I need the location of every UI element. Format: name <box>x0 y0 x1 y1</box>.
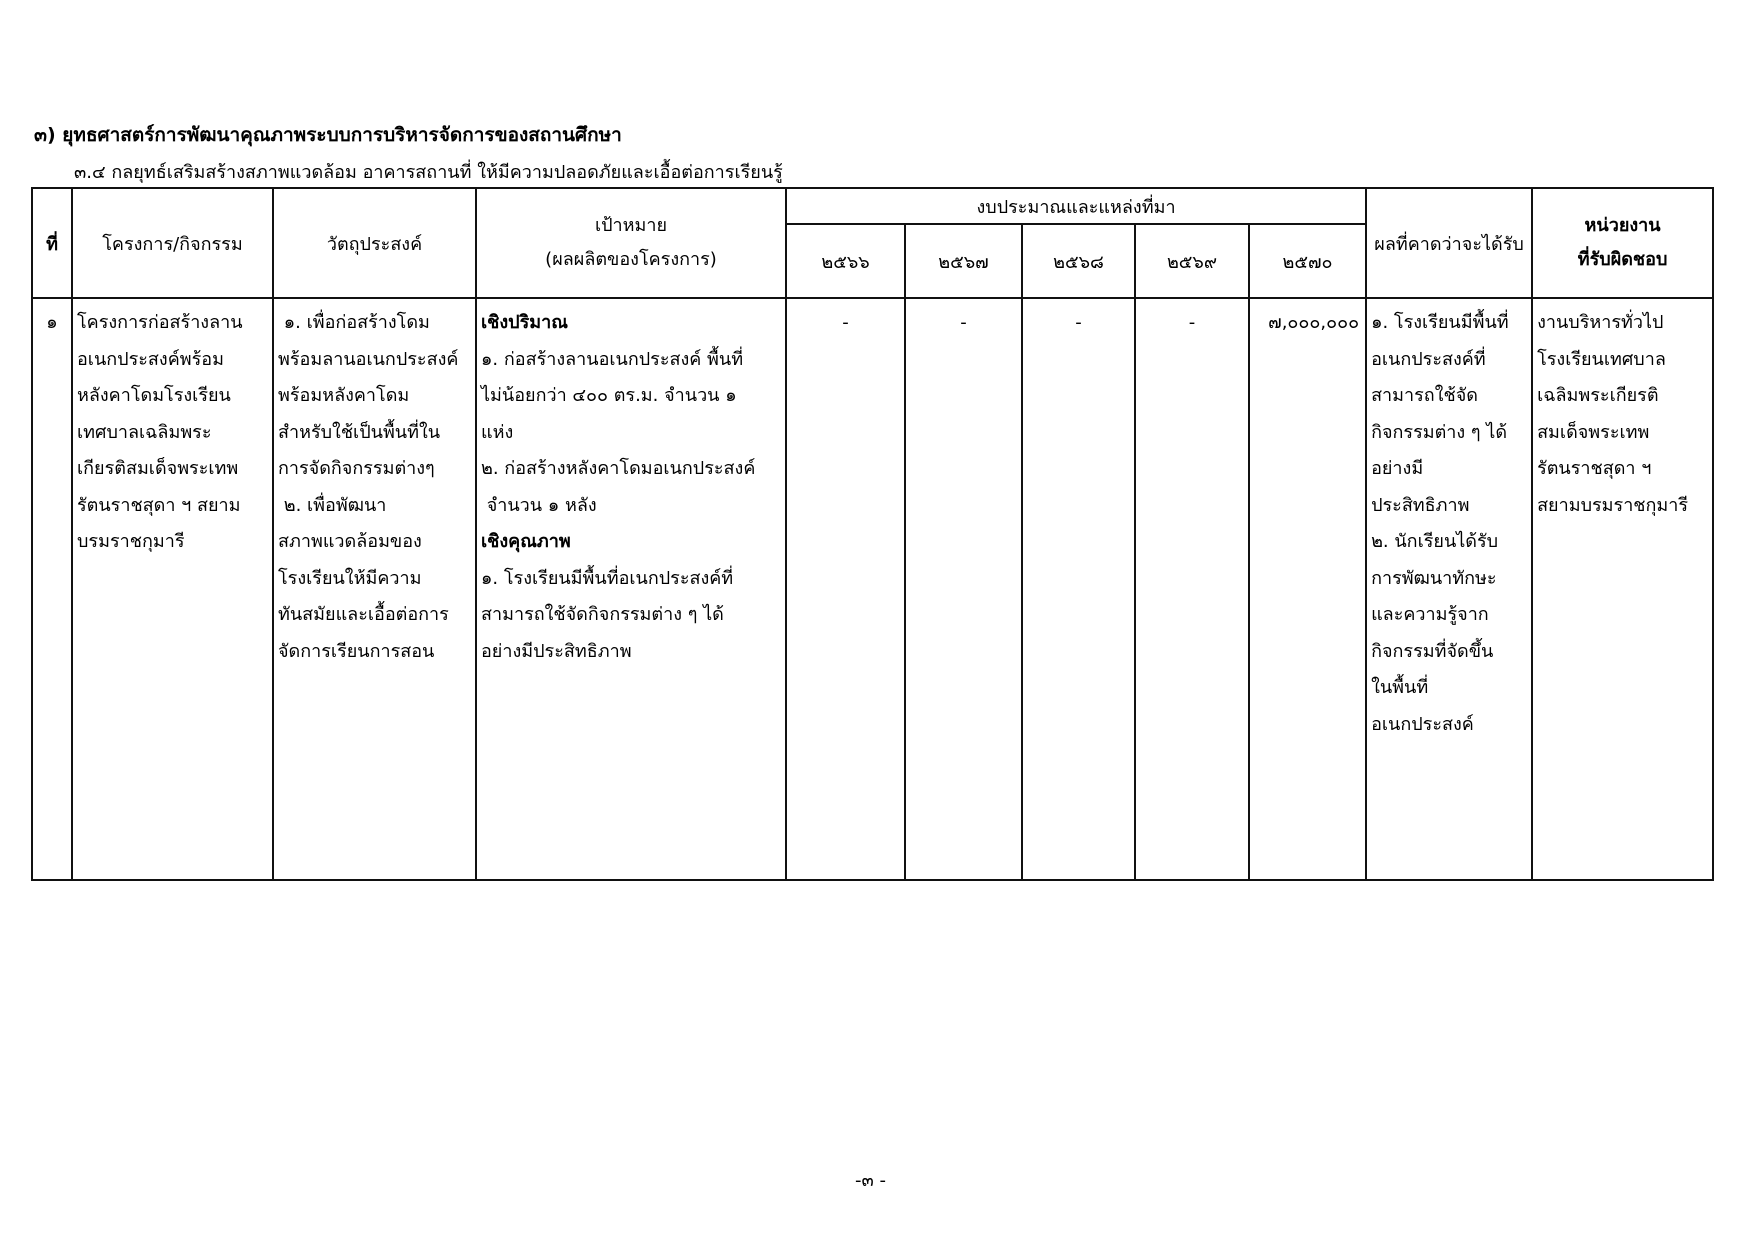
target-cell-line: ๑. โรงเรียนมีพื้นที่อเนกประสงค์ที่ <box>481 561 781 598</box>
expected-result-cell-line: กิจกรรมที่จัดขึ้น <box>1371 634 1527 671</box>
project-cell-line: บรมราชกุมารี <box>77 524 268 561</box>
project-cell-line: โครงการก่อสร้างลาน <box>77 305 268 342</box>
target-cell-line: เชิงคุณภาพ <box>481 524 781 561</box>
project-cell: โครงการก่อสร้างลานอเนกประสงค์พร้อมหลังคา… <box>72 298 273 880</box>
header-target-line2: (ผลผลิตของโครงการ) <box>477 243 785 277</box>
target-cell-line: ไม่น้อยกว่า ๔๐๐ ตร.ม. จำนวน ๑ <box>481 378 781 415</box>
target-cell-line: เชิงปริมาณ <box>481 305 781 342</box>
project-cell-line: รัตนราชสุดา ฯ สยาม <box>77 488 268 525</box>
objective-cell-line: โรงเรียนให้มีความ <box>278 561 471 598</box>
header-year: ๒๕๖๙ <box>1135 224 1249 298</box>
sub-strategy-heading: ๓.๔ กลยุทธ์เสริมสร้างสภาพแวดล้อม อาคารสถ… <box>74 157 783 186</box>
objective-cell-line: สำหรับใช้เป็นพื้นที่ใน <box>278 415 471 452</box>
objective-cell-line: ๒. เพื่อพัฒนา <box>278 488 471 525</box>
header-project: โครงการ/กิจกรรม <box>72 188 273 298</box>
objective-cell-line: ทันสมัยและเอื้อต่อการ <box>278 597 471 634</box>
expected-result-cell-line: ประสิทธิภาพ <box>1371 488 1527 525</box>
objective-cell-line: สภาพแวดล้อมของ <box>278 524 471 561</box>
expected-result-cell: ๑. โรงเรียนมีพื้นที่อเนกประสงค์ที่สามารถ… <box>1366 298 1532 880</box>
table-row: ๑โครงการก่อสร้างลานอเนกประสงค์พร้อมหลังค… <box>32 298 1713 880</box>
objective-cell-line: พร้อมลานอเนกประสงค์ <box>278 342 471 379</box>
responsible-cell-line: โรงเรียนเทศบาล <box>1537 342 1708 379</box>
expected-result-cell-line: อย่างมี <box>1371 451 1527 488</box>
header-no: ที่ <box>32 188 72 298</box>
expected-result-cell-line: และความรู้จาก <box>1371 597 1527 634</box>
responsible-cell-line: สมเด็จพระเทพ <box>1537 415 1708 452</box>
target-cell-line: แห่ง <box>481 415 781 452</box>
budget-cell: - <box>1135 298 1249 880</box>
header-year: ๒๕๖๘ <box>1022 224 1135 298</box>
header-responsible-line2: ที่รับผิดชอบ <box>1533 243 1712 277</box>
header-target-line1: เป้าหมาย <box>477 209 785 243</box>
responsible-cell-line: รัตนราชสุดา ฯ <box>1537 451 1708 488</box>
expected-result-cell-line: ในพื้นที่ <box>1371 670 1527 707</box>
objective-cell-line: ๑. เพื่อก่อสร้างโดม <box>278 305 471 342</box>
expected-result-cell-line: ๑. โรงเรียนมีพื้นที่ <box>1371 305 1527 342</box>
header-objective: วัตถุประสงค์ <box>273 188 476 298</box>
expected-result-cell-line: อเนกประสงค์ <box>1371 707 1527 744</box>
project-cell-line: อเนกประสงค์พร้อม <box>77 342 268 379</box>
strategy-heading: ๓) ยุทธศาสตร์การพัฒนาคุณภาพระบบการบริหาร… <box>34 120 622 150</box>
target-cell-line: ๑. ก่อสร้างลานอเนกประสงค์ พื้นที่ <box>481 342 781 379</box>
header-year: ๒๕๖๖ <box>786 224 905 298</box>
row-number: ๑ <box>32 298 72 880</box>
target-cell-line: จำนวน ๑ หลัง <box>481 488 781 525</box>
objective-cell-line: การจัดกิจกรรมต่างๆ <box>278 451 471 488</box>
budget-cell: ๗,๐๐๐,๐๐๐ <box>1249 298 1366 880</box>
budget-cell: - <box>786 298 905 880</box>
expected-result-cell-line: สามารถใช้จัด <box>1371 378 1527 415</box>
page-number: -๓ - <box>855 1165 886 1194</box>
responsible-cell-line: เฉลิมพระเกียรติ <box>1537 378 1708 415</box>
expected-result-cell-line: ๒. นักเรียนได้รับ <box>1371 524 1527 561</box>
responsible-cell-line: สยามบรมราชกุมารี <box>1537 488 1708 525</box>
responsible-cell-line: งานบริหารทั่วไป <box>1537 305 1708 342</box>
target-cell: เชิงปริมาณ๑. ก่อสร้างลานอเนกประสงค์ พื้น… <box>476 298 786 880</box>
project-cell-line: หลังคาโดมโรงเรียน <box>77 378 268 415</box>
budget-cell: - <box>905 298 1022 880</box>
objective-cell: ๑. เพื่อก่อสร้างโดมพร้อมลานอเนกประสงค์พร… <box>273 298 476 880</box>
project-cell-line: เทศบาลเฉลิมพระ <box>77 415 268 452</box>
project-plan-table: ที่ โครงการ/กิจกรรม วัตถุประสงค์ เป้าหมา… <box>31 187 1714 881</box>
header-year: ๒๕๖๗ <box>905 224 1022 298</box>
expected-result-cell-line: การพัฒนาทักษะ <box>1371 561 1527 598</box>
project-cell-line: เกียรติสมเด็จพระเทพ <box>77 451 268 488</box>
budget-cell: - <box>1022 298 1135 880</box>
responsible-cell: งานบริหารทั่วไปโรงเรียนเทศบาลเฉลิมพระเกี… <box>1532 298 1713 880</box>
target-cell-line: สามารถใช้จัดกิจกรรมต่าง ๆ ได้ <box>481 597 781 634</box>
header-year: ๒๕๗๐ <box>1249 224 1366 298</box>
header-expected-result: ผลที่คาดว่าจะได้รับ <box>1366 188 1532 298</box>
expected-result-cell-line: อเนกประสงค์ที่ <box>1371 342 1527 379</box>
header-target: เป้าหมาย (ผลผลิตของโครงการ) <box>476 188 786 298</box>
target-cell-line: อย่างมีประสิทธิภาพ <box>481 634 781 671</box>
objective-cell-line: จัดการเรียนการสอน <box>278 634 471 671</box>
objective-cell-line: พร้อมหลังคาโดม <box>278 378 471 415</box>
header-responsible-line1: หน่วยงาน <box>1533 209 1712 243</box>
expected-result-cell-line: กิจกรรมต่าง ๆ ได้ <box>1371 415 1527 452</box>
header-responsible: หน่วยงาน ที่รับผิดชอบ <box>1532 188 1713 298</box>
header-budget-group: งบประมาณและแหล่งที่มา <box>786 188 1366 224</box>
target-cell-line: ๒. ก่อสร้างหลังคาโดมอเนกประสงค์ <box>481 451 781 488</box>
